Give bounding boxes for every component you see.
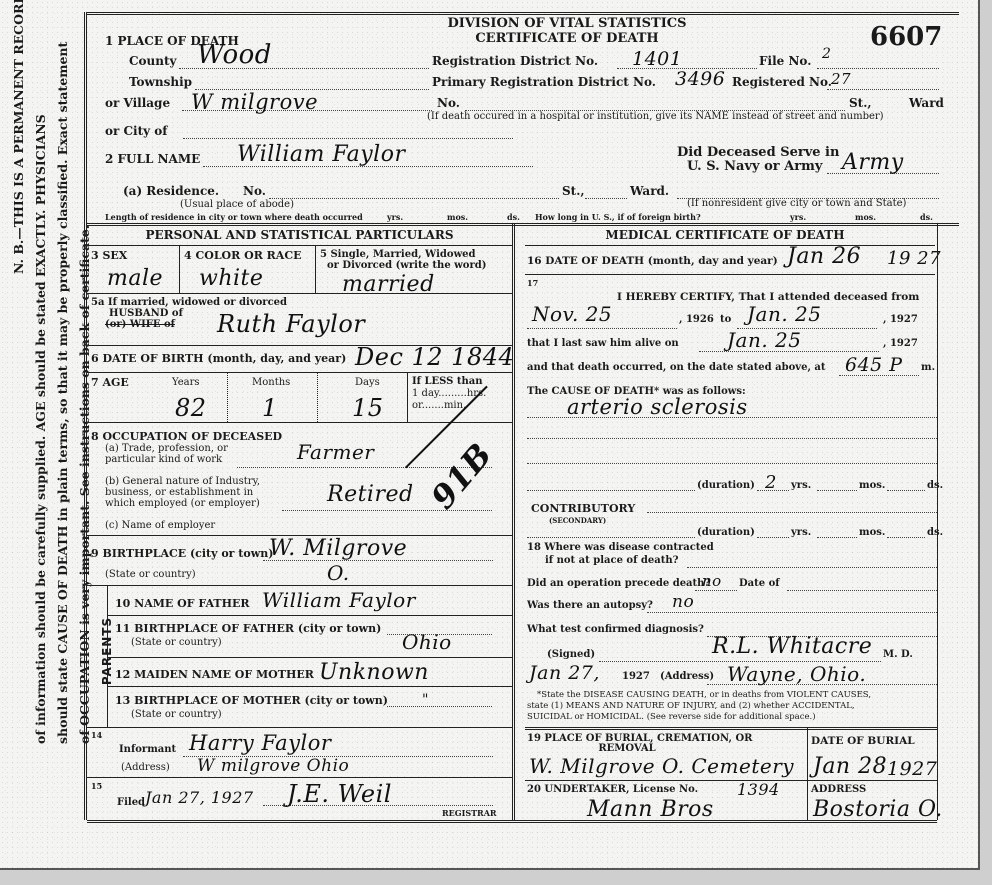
residence-ward-label: Ward.: [630, 184, 669, 198]
father-bp-value: Ohio: [402, 630, 452, 654]
less-label-3: or.......min.: [412, 400, 466, 411]
birthplace-label: 9 BIRTHPLACE (city or town): [91, 547, 273, 560]
dod-year: 19 27: [887, 248, 941, 269]
side-notice-line: of information should be carefully suppl…: [30, 10, 52, 744]
trade-label-2: particular kind of work: [105, 454, 222, 465]
age-label: 7 AGE: [91, 376, 129, 389]
yrs-label: yrs.: [790, 212, 806, 222]
duration-label: (duration): [697, 480, 755, 491]
burial-place-value: W. Milgrove O. Cemetery: [529, 754, 794, 778]
attended-to-year: , 1927: [883, 314, 918, 325]
county-value: Wood: [197, 40, 272, 70]
sex-label: 3 SEX: [91, 249, 127, 262]
residence-label: (a) Residence.: [123, 184, 219, 198]
footnote-line: state (1) MEANS AND NATURE OF INJURY, an…: [527, 701, 855, 711]
sign-date: Jan 27,: [529, 662, 600, 684]
trade-value: Farmer: [297, 440, 374, 464]
yrs-label: yrs.: [791, 527, 811, 538]
employer-label: (c) Name of employer: [105, 520, 215, 531]
side-notice-line: should state CAUSE OF DEATH in plain ter…: [52, 10, 74, 744]
operation-value: no: [702, 572, 722, 590]
certificate-frame: DIVISION OF VITAL STATISTICS CERTIFICATE…: [84, 12, 958, 820]
mos-label: mos.: [859, 527, 885, 538]
signed-label: (Signed): [547, 649, 595, 660]
spouse-value: Ruth Faylor: [217, 310, 365, 338]
days-label: Days: [355, 377, 380, 388]
sign-year: 1927: [622, 671, 650, 682]
mother-bp-label: 13 BIRTHPLACE OF MOTHER (city or town): [115, 694, 388, 707]
no-label: No.: [437, 96, 460, 110]
county-label: County: [129, 54, 177, 68]
footnote-line: *State the DISEASE CAUSING DEATH, or in …: [537, 690, 871, 700]
personal-section-title: PERSONAL AND STATISTICAL PARTICULARS: [87, 228, 512, 242]
birthplace-value: W. Milgrove: [269, 536, 407, 561]
reg-district-label: Registration District No.: [432, 54, 598, 68]
father-name-value: William Faylor: [262, 588, 416, 612]
certificate-title: CERTIFICATE OF DEATH: [417, 31, 717, 46]
served-label-2: U. S. Navy or Army: [687, 159, 822, 174]
attended-from: Nov. 25: [532, 302, 612, 326]
death-time-label: and that death occurred, on the date sta…: [527, 362, 826, 373]
less-label-1: If LESS than: [412, 376, 482, 387]
side-notice-line: N. B.—THIS IS A PERMANENT RECORD. Every …: [8, 10, 30, 744]
filed-label: Filed: [117, 797, 145, 808]
birthplace-state-label: (State or country): [105, 569, 196, 580]
informant-address-label: (Address): [121, 762, 170, 773]
burial-date-value: Jan 28: [813, 754, 887, 779]
mother-bp-value: ": [422, 692, 429, 708]
last-saw-year: , 1927: [883, 338, 918, 349]
attended-from-year: , 1926: [679, 314, 714, 325]
ds-label: ds.: [920, 212, 933, 222]
contributory-label: CONTRIBUTORY: [531, 502, 635, 515]
industry-label-3: which employed (or employer): [105, 498, 260, 509]
mother-bp-state-label: (State or country): [131, 709, 222, 720]
code-stamp: 91B: [423, 436, 499, 516]
informant-address-value: W milgrove Ohio: [197, 756, 349, 776]
file-no-value: 2: [822, 46, 831, 62]
marital-label-1: 5 Single, Married, Widowed: [320, 249, 476, 260]
footnote-line: SUICIDAL or HOMICIDAL. (See reverse side…: [527, 712, 816, 722]
hospital-note: (If death occured in a hospital or insti…: [427, 111, 884, 122]
township-label: Township: [129, 75, 192, 89]
burial-place-label-2: REMOVAL: [527, 743, 727, 754]
duration-yrs-value: 2: [765, 472, 777, 493]
industry-label-1: (b) General nature of Industry,: [105, 476, 260, 487]
to-label: to: [720, 314, 731, 325]
file-no-label: File No.: [759, 54, 811, 68]
mos-label: mos.: [855, 212, 876, 222]
ds-label: ds.: [927, 480, 943, 491]
race-label: 4 COLOR OR RACE: [184, 249, 301, 262]
contracted-label-1: 18 Where was disease contracted: [527, 542, 714, 553]
last-saw-label: that I last saw him alive on: [527, 338, 679, 349]
dob-value: Dec 12 1844: [355, 343, 514, 371]
dod-value: Jan 26: [787, 244, 861, 269]
father-bp-label: 11 BIRTHPLACE OF FATHER (city or town): [115, 622, 381, 635]
birthplace-state-value: O.: [327, 561, 350, 585]
years-value: 82: [175, 394, 207, 422]
served-value: Army: [842, 150, 904, 175]
death-time-value: 645 P: [845, 354, 903, 376]
full-name-label: 2 FULL NAME: [105, 152, 200, 166]
city-label: or City of: [105, 124, 167, 138]
undertaker-value: Mann Bros: [587, 797, 714, 822]
registrar-signature: J.E. Weil: [287, 780, 392, 808]
parents-label: PARENTS: [100, 589, 114, 713]
dod-label: 16 DATE OF DEATH (month, day and year): [527, 255, 778, 267]
last-saw-value: Jan. 25: [727, 328, 802, 352]
operation-label: Did an operation precede death?: [527, 578, 710, 589]
st-label: St.,: [849, 96, 872, 110]
death-certificate-page: N. B.—THIS IS A PERMANENT RECORD. Every …: [0, 0, 980, 870]
industry-label-2: business, or establishment in: [105, 487, 253, 498]
registrar-label: REGISTRAR: [442, 808, 497, 818]
full-name-value: William Faylor: [237, 142, 405, 167]
ward-label: Ward: [909, 96, 944, 110]
date-of-label: Date of: [739, 578, 780, 589]
industry-value: Retired: [327, 482, 414, 507]
primary-reg-label: Primary Registration District No.: [432, 75, 656, 89]
item-17-num: 17: [527, 278, 538, 288]
occupation-label: 8 OCCUPATION OF DECEASED: [91, 430, 282, 443]
registered-no-value: 27: [831, 70, 851, 88]
village-value: W milgrove: [191, 90, 318, 114]
nonresident-note: (If nonresident give city or town and St…: [687, 198, 906, 209]
spouse-label-3: (or) WIFE of: [105, 319, 175, 330]
residence-no-label: No.: [243, 184, 266, 198]
filed-num: 15: [91, 781, 102, 791]
cause-value: arterio sclerosis: [567, 395, 748, 419]
months-value: 1: [262, 394, 278, 422]
burial-year-value: 1927: [887, 758, 937, 780]
yrs-label: yrs.: [791, 480, 811, 491]
mother-name-label: 12 MAIDEN NAME OF MOTHER: [115, 668, 314, 681]
burial-date-label: DATE OF BURIAL: [811, 735, 915, 747]
physician-address-label: (Address): [660, 671, 714, 682]
duration-label: (duration): [697, 527, 755, 538]
reg-district-value: 1401: [632, 48, 682, 70]
length-residence-label: Length of residence in city or town wher…: [105, 212, 363, 222]
physician-signature: R.L. Whitacre: [712, 634, 872, 659]
m-label: m.: [921, 362, 935, 373]
contracted-label-2: if not at place of death?: [545, 555, 678, 566]
sex-value: male: [107, 266, 163, 291]
foreign-birth-label: How long in U. S., if of foreign birth?: [535, 212, 701, 222]
served-label-1: Did Deceased Serve in: [677, 145, 839, 160]
test-label: What test confirmed diagnosis?: [527, 624, 704, 635]
mother-name-value: Unknown: [319, 660, 429, 685]
md-label: M. D.: [883, 649, 913, 660]
autopsy-value: no: [672, 592, 694, 612]
years-label: Years: [172, 377, 200, 388]
spouse-label-2: HUSBAND of: [109, 308, 183, 319]
file-stamp: 6607: [870, 22, 942, 52]
months-label: Months: [252, 377, 290, 388]
undertaker-address-value: Bostoria O.: [813, 797, 943, 822]
physician-address: Wayne, Ohio.: [727, 662, 866, 686]
undertaker-address-label: ADDRESS: [811, 784, 866, 795]
medical-section-title: MEDICAL CERTIFICATE OF DEATH: [515, 228, 935, 242]
mos-label: mos.: [447, 212, 468, 222]
father-bp-state-label: (State or country): [131, 637, 222, 648]
residence-st-label: St.,: [562, 184, 585, 198]
secondary-label: (SECONDARY): [549, 516, 606, 525]
registered-no-label: Registered No.: [732, 75, 832, 89]
filed-date: Jan 27, 1927: [145, 788, 254, 807]
primary-reg-value: 3496: [675, 68, 725, 90]
father-name-label: 10 NAME OF FATHER: [115, 597, 250, 610]
division-title: DIVISION OF VITAL STATISTICS: [417, 16, 717, 31]
abode-note: (Usual place of abode): [180, 199, 294, 210]
dob-label: 6 DATE OF BIRTH (month, day, and year): [91, 352, 346, 365]
spouse-label-1: 5a If married, widowed or divorced: [91, 297, 287, 308]
days-value: 15: [352, 394, 384, 422]
undertaker-label: 20 UNDERTAKER, License No.: [527, 784, 698, 795]
side-notice: N. B.—THIS IS A PERMANENT RECORD. Every …: [8, 10, 80, 750]
attended-to: Jan. 25: [747, 302, 822, 326]
ds-label: ds.: [927, 527, 943, 538]
mos-label: mos.: [859, 480, 885, 491]
trade-label-1: (a) Trade, profession, or: [105, 443, 228, 454]
village-label: or Village: [105, 96, 170, 110]
ds-label: ds.: [507, 212, 520, 222]
autopsy-label: Was there an autopsy?: [527, 600, 653, 611]
license-no-value: 1394: [737, 780, 780, 799]
informant-label: Informant: [119, 744, 176, 755]
informant-value: Harry Faylor: [189, 731, 331, 755]
marital-label-2: or Divorced (write the word): [327, 260, 486, 271]
informant-num: 14: [91, 730, 102, 740]
yrs-label: yrs.: [387, 212, 403, 222]
race-value: white: [199, 266, 263, 291]
